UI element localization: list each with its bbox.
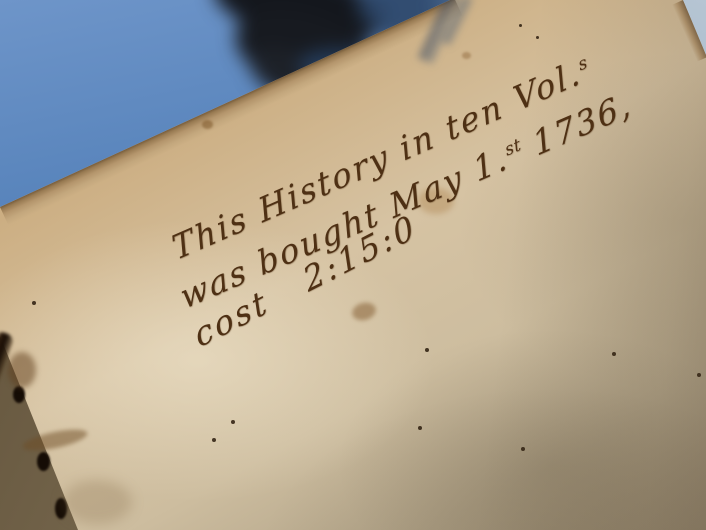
photo-book-inscription: This History in ten Vol.s was bought May… [0, 0, 706, 530]
inscription-gap [271, 292, 308, 311]
